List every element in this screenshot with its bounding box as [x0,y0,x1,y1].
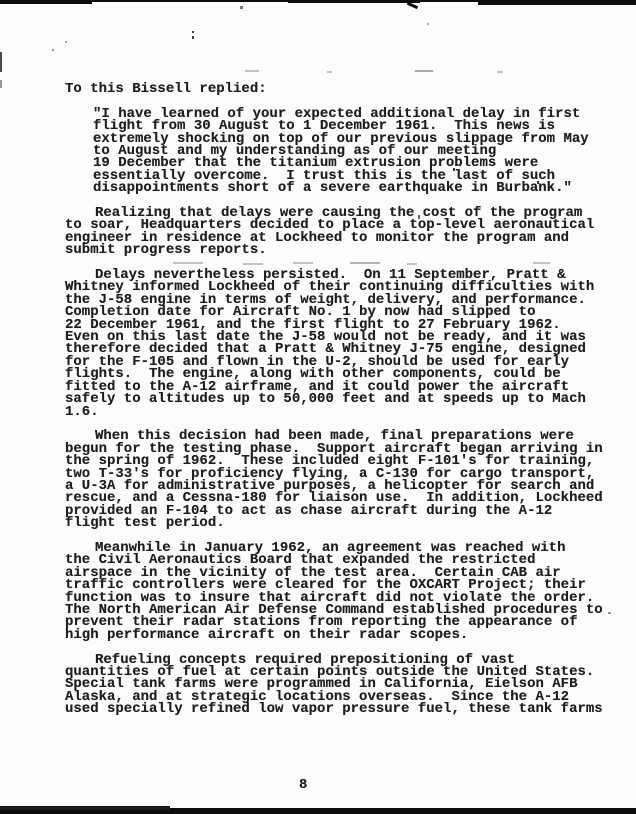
redaction-bar-top-segment [0,0,92,4]
scan-dash [327,71,332,73]
paragraph-delays: Delays nevertheless persisted. On 11 Sep… [65,269,625,418]
scan-speck [65,41,67,43]
page-number: 8 [299,778,307,792]
redaction-bar-top-segment [288,0,420,3]
redaction-bar-top-segment [478,0,636,5]
intro-line: To this Bissell replied: [65,83,625,95]
document-body: To this Bissell replied: "I have learned… [65,83,625,728]
paragraph-refueling: Refueling concepts required prepositioni… [65,654,625,716]
paragraph-realizing: Realizing that delays were causing the c… [65,207,625,257]
document-page: To this Bissell replied: "I have learned… [0,0,636,814]
scan-speck [192,31,194,33]
page-edge-mark [0,80,2,88]
scan-dash [497,71,503,73]
scan-speck [52,49,54,51]
page-edge-mark [0,52,2,72]
scan-speck [240,6,243,9]
scan-dash [415,70,433,72]
paragraph-meanwhile: Meanwhile in January 1962, an agreement … [65,542,625,641]
scan-speck [192,36,194,39]
redaction-bar-bottom-segment [0,806,170,810]
scan-dash [245,70,259,72]
quote-block: "I have learned of your expected additio… [93,108,625,195]
paragraph-decision: When this decision had been made, final … [65,430,625,529]
scan-speck [427,23,429,25]
